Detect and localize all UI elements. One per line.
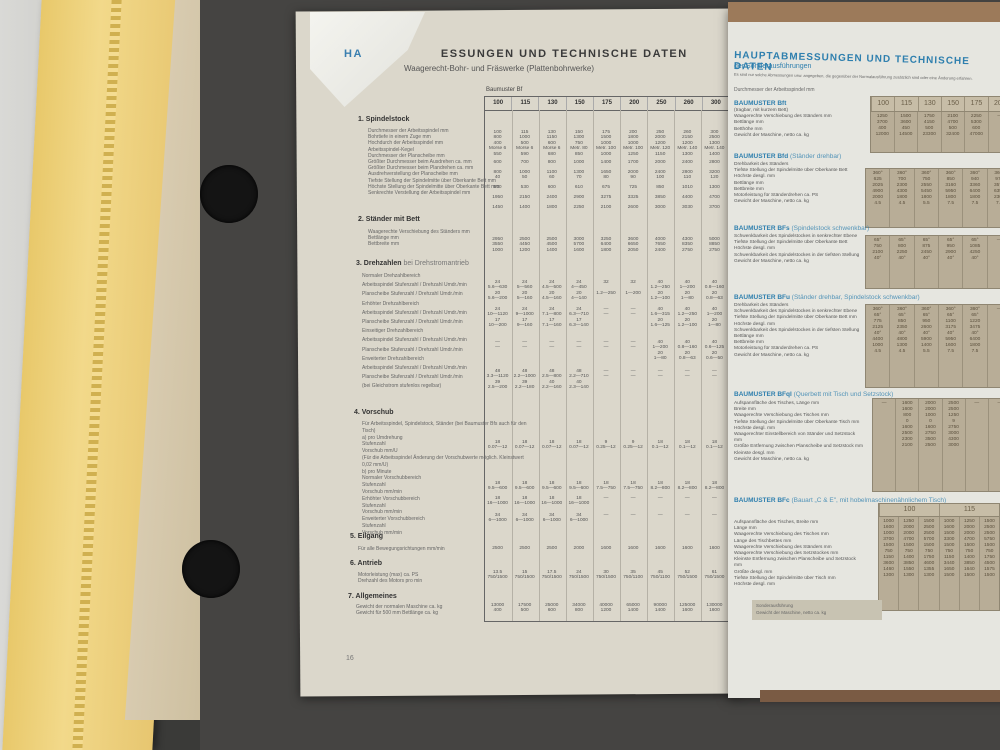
col-header: 300 <box>702 97 729 110</box>
col-header: 100 <box>871 97 894 111</box>
spec-table-header: 100 115 130 150 175 200 250 260 300 <box>485 97 729 111</box>
table-row-drehzahl-einseitig: — —— —— —— —— —— —40 1—200 20 1—8040 0.8… <box>484 340 728 362</box>
table-row-staender: 2950 3550 10002500 4450 12002500 4500 14… <box>484 237 728 253</box>
section-vorschub: 4. Vorschub <box>354 409 394 416</box>
table-row-spindelstock-f: 145014001800225021002600300030303700 <box>484 205 728 210</box>
table-bfu: 360° 65° 775 2125 40° 4400 1000 4.5360° … <box>865 304 1000 388</box>
table-row-vorschub-erweitert: 34 6—100034 6—100034 6—100034 6—1000————… <box>484 513 728 524</box>
table-bft: 1250 3700 400 120001500 3600 450 1450017… <box>870 111 1000 153</box>
col-header: 175 <box>593 97 620 110</box>
col-header: 115 <box>894 97 917 111</box>
table-row-spindelstock-d: 50053060061067572585010101300 <box>484 185 728 190</box>
section-spindelstock: 1. Spindelstock <box>358 116 409 123</box>
baumuster-bfs-heading: BAUMUSTER BFs (Spindelstock schwenkbar) <box>734 225 869 232</box>
col-header: 260 <box>675 97 702 110</box>
table-row-antrieb: 13.5 750/150015 750/150017.5 750/150024 … <box>484 570 728 581</box>
diameter-label: Durchmesser der Arbeitsspindel mm <box>734 87 815 93</box>
labels-bft: (tragbar, mit kurzem Bett) Waagerechte V… <box>734 108 864 139</box>
table-row-spindelstock-c: 800 401000 501100 601300 701650 802000 9… <box>484 170 728 181</box>
col-header: 250 <box>647 97 674 110</box>
col-header: 130 <box>538 97 565 110</box>
title-prefix: HA <box>344 48 363 60</box>
section-staender: 2. Ständer mit Bett <box>358 216 420 223</box>
table-row-allgemeines: 13000 40017500 50025000 60034000 8004000… <box>484 603 728 614</box>
section-drehzahlen: 3. Drehzahlen bei Drehstromantrieb <box>356 260 469 267</box>
left-page-title: HAESSUNGEN UND TECHNISCHE DATEN <box>344 48 688 60</box>
table-row-vorschub-u: 18 0.07—1218 0.07—1218 0.07—1218 0.07—12… <box>484 440 728 451</box>
table-row-spindelstock-b: 600700800100014001700200024002800 <box>484 160 728 165</box>
right-table-header: 100 115 130 150 175 200 <box>870 96 1000 112</box>
labels-bfql: Aufspannfläche des Tisches, Länge mm Bre… <box>734 401 864 463</box>
table-bfc: 1000 1600 1000 3700 1500 750 1150 3600 1… <box>878 516 1000 611</box>
baumuster-label: Baumuster Bf <box>486 87 522 93</box>
baumuster-bft-heading: BAUMUSTER Bft <box>734 100 786 107</box>
bfc-group-header: 100 115 <box>878 503 1000 517</box>
right-page-subtitle: der Sonderausführungen <box>734 63 811 70</box>
table-row-vorschub-erhoeht: 18 16—100018 16—100018 16—100018 16—1000… <box>484 496 728 507</box>
table-row-drehzahl-erweitert: 48 3.3—1120 39 2.5—20048 2.2—1000 39 2.2… <box>484 369 728 391</box>
col-header: 200 <box>988 97 1000 111</box>
col-header: 115 <box>511 97 538 110</box>
punch-hole-top <box>200 165 258 223</box>
binder-perforation <box>72 0 121 750</box>
table-row-spindelstock-e: 195021502400290032753325385044004700 <box>484 195 728 200</box>
table-bfql: —1600 1600 800 0 1600 2500 2300 21002000… <box>872 398 1000 492</box>
col-header: 100 <box>485 97 511 110</box>
labels-bfs: Schwenkbarkeit des Spindelstockes in sen… <box>734 234 864 265</box>
brown-cover-edge <box>760 690 1000 702</box>
baumuster-bfql-heading: BAUMUSTER BFql (Querbett mit Tisch und S… <box>734 391 893 398</box>
table-row-vorschub-normal: 18 9.5—60018 9.5—60018 9.5—60018 9.5—600… <box>484 481 728 492</box>
punch-hole-bottom <box>182 540 240 598</box>
title-text: ESSUNGEN UND TECHNISCHE DATEN <box>441 48 688 60</box>
col-header: 130 <box>918 97 941 111</box>
section-eilgang: 5. Eilgang <box>350 533 383 540</box>
baumuster-bfd-heading: BAUMUSTER Bfd (Ständer drehbar) <box>734 153 841 160</box>
section-antrieb: 6. Antrieb <box>350 560 382 567</box>
tan-page-edge <box>728 2 1000 22</box>
pasted-label-sticker: Sonderausführung Gewicht der Maschine, n… <box>752 600 882 620</box>
col-header: 150 <box>566 97 593 110</box>
labels-bfd: Drehbarkeit des Ständers Tiefste Stellun… <box>734 162 864 205</box>
table-row-drehzahl-normal: 24 5.6—630 20 5.6—20024 5—560 20 5—16024… <box>484 280 728 302</box>
page-number: 16 <box>346 655 354 662</box>
col-header: 200 <box>620 97 647 110</box>
labels-bfc: Aufspannfläche des Tisches, Breite mm Lä… <box>734 520 864 588</box>
baumuster-bfu-heading: BAUMUSTER BFu (Ständer drehbar, Spindels… <box>734 294 920 301</box>
col-header: 150 <box>941 97 964 111</box>
table-bfd: 360° 625 2025 4900 2000 4.5360° 700 2300… <box>865 168 1000 228</box>
table-bfs: 65° 750 2100 40°65° 800 2250 40°65° 875 … <box>865 235 1000 289</box>
table-row-drehzahl-erhoeht: 24 10—1120 17 10—20024 9—1000 17 9—16024… <box>484 307 728 329</box>
labels-bfu: Drehbarkeit des Ständers Schwenkbarkeit … <box>734 303 864 359</box>
section-allgemeines: 7. Allgemeines <box>348 593 397 600</box>
col-header: 175 <box>964 97 987 111</box>
left-page-subtitle: Waagerecht-Bohr- und Fräswerke (Plattenb… <box>404 64 594 73</box>
table-row-spindelstock-a: 100 800 400 Morse 6 550115 1000 500 Mors… <box>484 130 728 157</box>
table-row-eilgang: 250025002500200016001600160016001600 <box>484 546 728 551</box>
